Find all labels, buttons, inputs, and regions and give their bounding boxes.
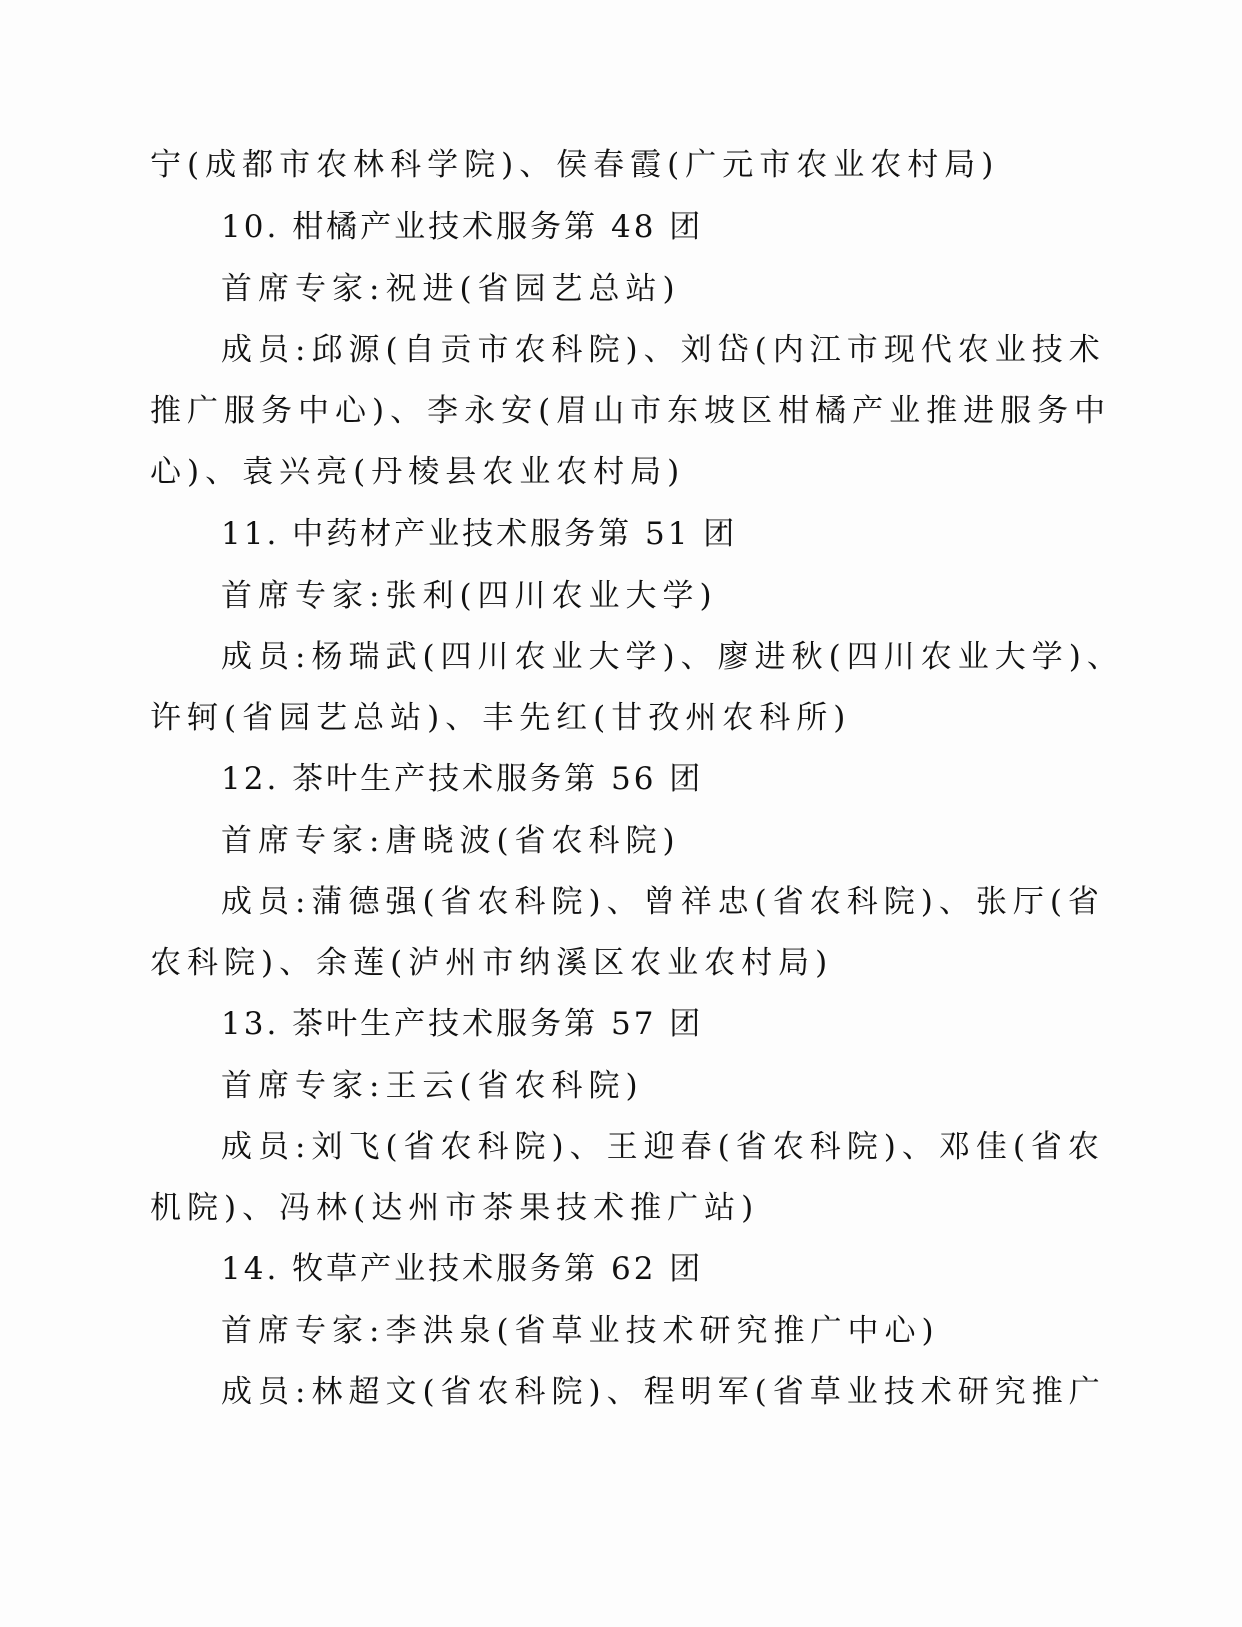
chief-expert-line-10: 首席专家:祝进(省园艺总站) — [221, 269, 681, 309]
text-line-continuation: 农科院)、余莲(泸州市纳溪区农业农村局) — [150, 943, 833, 983]
text-line-continuation: 机院)、冯林(达州市茶果技术推广站) — [150, 1188, 759, 1228]
section-heading-12: 12. 茶叶生产技术服务第 56 团 — [221, 759, 703, 799]
section-heading-11: 11. 中药材产业技术服务第 51 团 — [221, 514, 737, 554]
chief-expert-line-12: 首席专家:唐晓波(省农科院) — [221, 821, 681, 861]
chief-expert-line-14: 首席专家:李洪泉(省草业技术研究推广中心) — [221, 1311, 940, 1351]
members-line-11: 成员:杨瑞武(四川农业大学)、廖进秋(四川农业大学)、 — [221, 637, 1124, 677]
members-line-13: 成员:刘飞(省农科院)、王迎春(省农科院)、邓佳(省农 — [221, 1127, 1105, 1167]
document-page: 宁(成都市农林科学院)、侯春霞(广元市农业农村局) 10. 柑橘产业技术服务第 … — [0, 0, 1242, 1627]
chief-expert-line-11: 首席专家:张利(四川农业大学) — [221, 576, 718, 616]
text-line-continuation: 心)、袁兴亮(丹棱县农业农村局) — [150, 452, 685, 492]
text-line-continuation: 许轲(省园艺总站)、丰先红(甘孜州农科所) — [150, 698, 851, 738]
text-line-continuation: 推广服务中心)、李永安(眉山市东坡区柑橘产业推进服务中 — [150, 391, 1111, 431]
section-heading-14: 14. 牧草产业技术服务第 62 团 — [221, 1249, 703, 1289]
members-line-12: 成员:蒲德强(省农科院)、曾祥忠(省农科院)、张厅(省 — [221, 882, 1105, 922]
section-heading-10: 10. 柑橘产业技术服务第 48 团 — [221, 207, 703, 247]
section-heading-13: 13. 茶叶生产技术服务第 57 团 — [221, 1004, 703, 1044]
chief-expert-line-13: 首席专家:王云(省农科院) — [221, 1066, 644, 1106]
members-line-10: 成员:邱源(自贡市农科院)、刘岱(内江市现代农业技术 — [221, 330, 1106, 370]
members-line-14: 成员:林超文(省农科院)、程明军(省草业技术研究推广 — [221, 1372, 1106, 1412]
text-line-continuation: 宁(成都市农林科学院)、侯春霞(广元市农业农村局) — [150, 145, 999, 185]
